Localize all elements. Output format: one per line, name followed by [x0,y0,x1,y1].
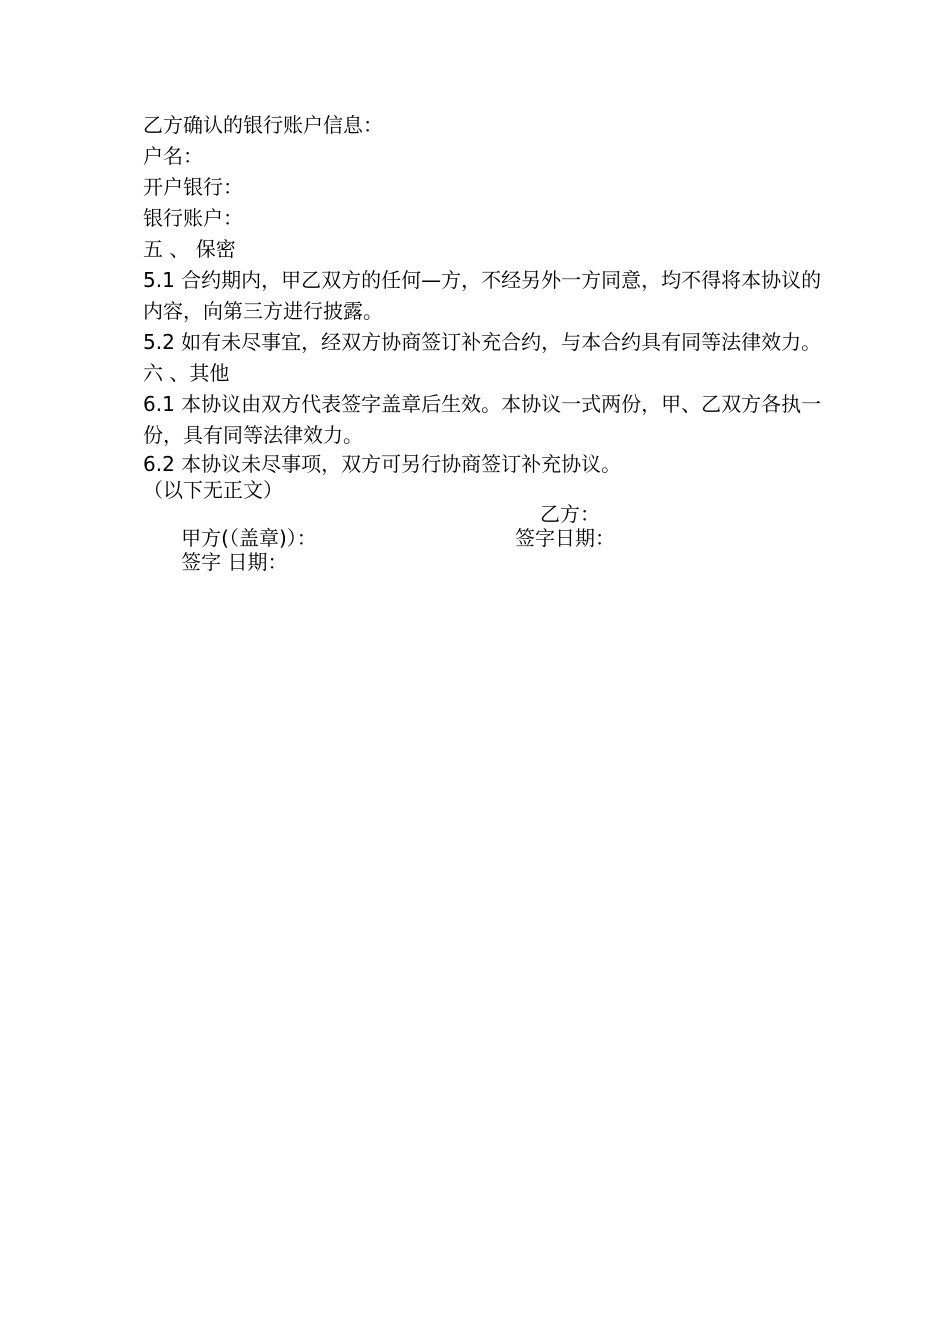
heading-section-6-others: 六 、其他 [143,358,843,389]
line-bank-account-info-heading: 乙方确认的银行账户信息： [143,110,843,141]
party-b-sign-date-label: 签字日期： [515,526,615,550]
signature-row-dates: 签字 日期： 签字日期： [143,526,843,550]
clause-5-1-line-2: 内容，向第三方进行披露。 [143,296,843,327]
contract-text-block: 乙方确认的银行账户信息： 户名： 开户银行： 银行账户： 五 、 保密 5.1 … [143,110,843,550]
clause-6-2: 6.2 本协议未尽事项，双方可另行协商签订补充协议。 [143,451,843,478]
heading-section-5-confidentiality: 五 、 保密 [143,234,843,265]
document-page: 乙方确认的银行账户信息： 户名： 开户银行： 银行账户： 五 、 保密 5.1 … [0,0,950,1344]
clause-6-1-line-1: 6.1 本协议由双方代表签字盖章后生效。本协议一式两份，甲、乙双方各执一 [143,389,843,420]
line-bank-account-number: 银行账户： [143,203,843,234]
line-end-of-text-note: （以下无正文） [143,478,843,502]
signature-row-parties: 甲方(（盖章)）： 乙方： [143,502,843,526]
line-account-name: 户名： [143,141,843,172]
line-bank-name: 开户银行： [143,172,843,203]
clause-6-1-line-2: 份，具有同等法律效力。 [143,420,843,451]
party-a-sign-date-label: 签字 日期： [181,550,287,574]
clause-5-1-line-1: 5.1 合约期内，甲乙双方的任何—方，不经另外一方同意，均不得将本协议的 [143,265,843,296]
party-b-label: 乙方： [540,502,600,526]
clause-5-2: 5.2 如有未尽事宜，经双方协商签订补充合约，与本合约具有同等法律效力。 [143,327,843,358]
